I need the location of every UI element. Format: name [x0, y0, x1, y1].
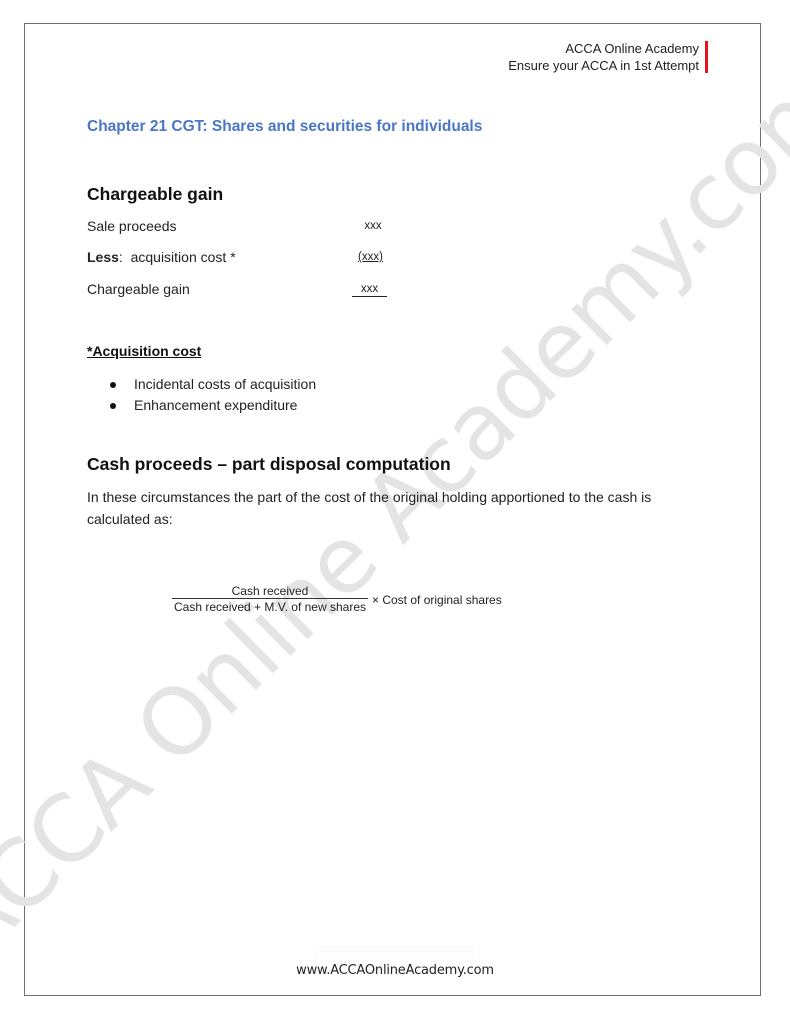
row-amount-chargeable-gain: xxx: [352, 283, 387, 297]
formula-denominator: Cash received + M.V. of new shares: [172, 598, 368, 614]
formula-multiplier: × Cost of original shares: [372, 593, 502, 607]
formula-fraction: Cash received Cash received + M.V. of ne…: [172, 584, 368, 614]
page-header: ACCA Online Academy Ensure your ACCA in …: [508, 40, 699, 74]
acquisition-cost-list: Incidental costs of acquisition Enhancem…: [108, 374, 316, 416]
row-label-chargeable-gain: Chargeable gain: [87, 281, 190, 297]
row-label-less-acquisition-cost: Less: acquisition cost *: [87, 249, 236, 265]
less-label: Less: [87, 249, 119, 265]
chapter-title: Chapter 21 CGT: Shares and securities fo…: [87, 118, 482, 136]
header-tagline: Ensure your ACCA in 1st Attempt: [508, 57, 699, 74]
section-heading-cash-proceeds: Cash proceeds – part disposal computatio…: [87, 454, 451, 475]
footer-website: www.ACCAOnlineAcademy.com: [0, 963, 790, 978]
row-label-sale-proceeds: Sale proceeds: [87, 218, 177, 234]
header-accent-bar: [705, 41, 708, 73]
acquisition-cost-label: : acquisition cost *: [119, 249, 236, 265]
header-brand: ACCA Online Academy: [508, 40, 699, 57]
bullet-icon: [110, 403, 116, 409]
row-amount-sale-proceeds: xxx: [358, 220, 388, 232]
footer-placeholder-box: [313, 945, 474, 958]
list-item: Incidental costs of acquisition: [108, 374, 316, 395]
apportionment-formula: Cash received Cash received + M.V. of ne…: [172, 584, 502, 614]
bullet-icon: [110, 382, 116, 388]
formula-numerator: Cash received: [172, 584, 368, 598]
acquisition-cost-heading: *Acquisition cost: [87, 343, 201, 359]
document-page: ACCA Online Academy Ensure your ACCA in …: [0, 0, 790, 1024]
section-heading-chargeable-gain: Chargeable gain: [87, 184, 223, 205]
row-amount-acquisition-cost: (xxx): [354, 251, 387, 263]
cash-proceeds-paragraph: In these circumstances the part of the c…: [87, 486, 687, 530]
list-item: Enhancement expenditure: [108, 395, 316, 416]
